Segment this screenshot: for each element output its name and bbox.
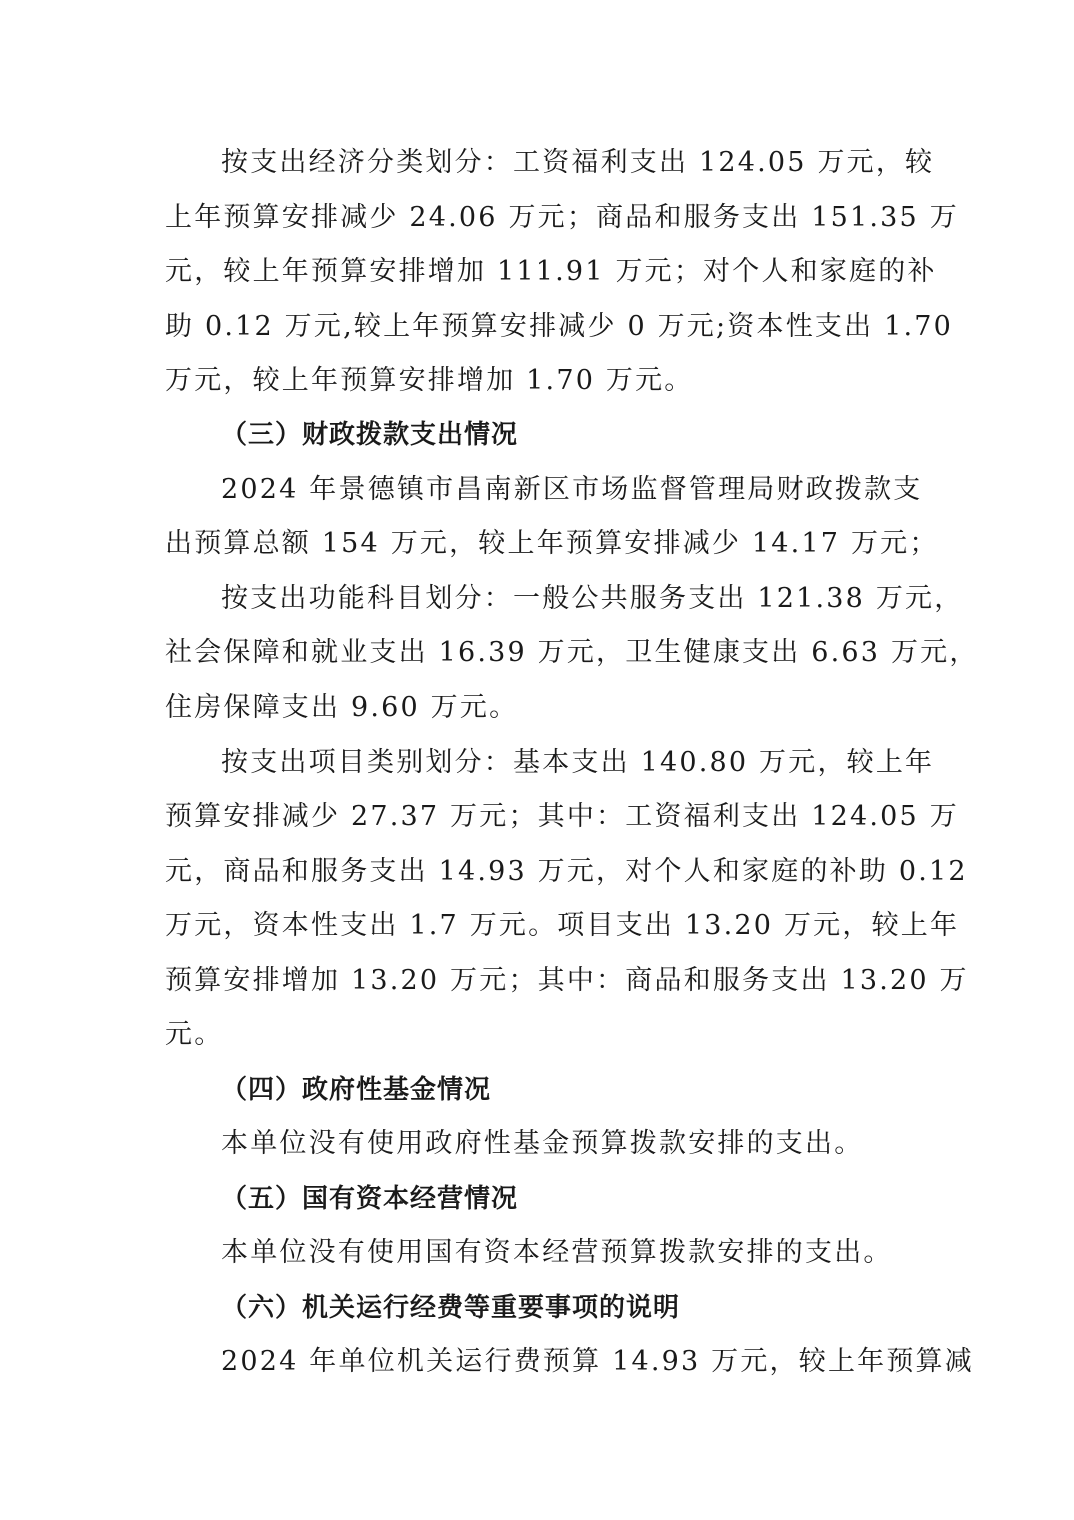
- paragraph-state-capital: 本单位没有使用国有资本经营预算拨款安排的支出。: [221, 1233, 893, 1273]
- section-heading-operating-expenses: （六）机关运行经费等重要事项的说明: [221, 1288, 680, 1328]
- section-heading-government-funds: （四）政府性基金情况: [221, 1070, 491, 1110]
- paragraph-functional-classification-line: 社会保障和就业支出 16.39 万元，卫生健康支出 6.63 万元，: [165, 633, 913, 673]
- paragraph-functional-classification-line: 按支出功能科目划分：一般公共服务支出 121.38 万元，: [221, 579, 913, 619]
- section-heading-state-capital: （五）国有资本经营情况: [221, 1179, 518, 1219]
- paragraph-operating-expenses-line: 2024 年单位机关运行费预算 14.93 万元，较上年预算减: [221, 1342, 913, 1382]
- paragraph-government-funds: 本单位没有使用政府性基金预算拨款安排的支出。: [221, 1124, 863, 1164]
- paragraph-project-category-line: 预算安排减少 27.37 万元；其中：工资福利支出 124.05 万: [165, 797, 913, 837]
- paragraph-fiscal-total-line: 2024 年景德镇市昌南新区市场监督管理局财政拨款支: [221, 470, 913, 510]
- paragraph-economic-classification-line: 元，较上年预算安排增加 111.91 万元；对个人和家庭的补: [165, 252, 913, 292]
- paragraph-project-category-line: 按支出项目类别划分：基本支出 140.80 万元，较上年: [221, 743, 913, 783]
- paragraph-project-category-line: 万元，资本性支出 1.7 万元。项目支出 13.20 万元，较上年: [165, 906, 913, 946]
- paragraph-project-category-line: 元。: [165, 1015, 223, 1055]
- paragraph-economic-classification-line: 万元，较上年预算安排增加 1.70 万元。: [165, 361, 693, 401]
- paragraph-project-category-line: 元，商品和服务支出 14.93 万元，对个人和家庭的补助 0.12: [165, 852, 913, 892]
- paragraph-economic-classification-line: 助 0.12 万元,较上年预算安排减少 0 万元;资本性支出 1.70: [165, 307, 913, 347]
- paragraph-project-category-line: 预算安排增加 13.20 万元；其中：商品和服务支出 13.20 万: [165, 961, 913, 1001]
- paragraph-fiscal-total-line: 出预算总额 154 万元，较上年预算安排减少 14.17 万元；: [165, 524, 939, 564]
- paragraph-economic-classification-line: 上年预算安排减少 24.06 万元；商品和服务支出 151.35 万: [165, 198, 913, 238]
- section-heading-fiscal-appropriation: （三）财政拨款支出情况: [221, 415, 518, 455]
- paragraph-economic-classification-line: 按支出经济分类划分：工资福利支出 124.05 万元，较: [221, 143, 913, 183]
- paragraph-functional-classification-line: 住房保障支出 9.60 万元。: [165, 688, 518, 728]
